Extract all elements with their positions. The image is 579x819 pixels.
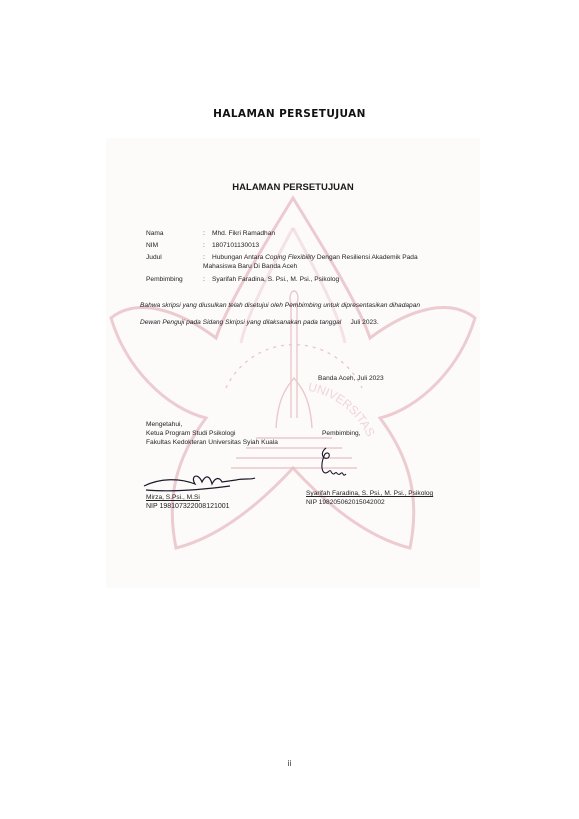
field-value: Hubungan Antara Coping Flexibility Denga… bbox=[212, 254, 418, 261]
field-sep: : bbox=[203, 242, 205, 249]
right-name: Syarifah Faradina, S. Psi., M. Psi., Psi… bbox=[306, 490, 433, 497]
right-title: Pembimbing, bbox=[322, 430, 360, 437]
university-logo-watermark: UNIVERSITAS SYIAH KUALA bbox=[106, 138, 480, 588]
place-date: Banda Aceh, Juli 2023 bbox=[318, 375, 384, 382]
statement-line-1: Bahwa skripsi yang diusulkan telah diset… bbox=[140, 302, 420, 309]
field-value-line2: Mahasiswa Baru Di Banda Aceh bbox=[203, 263, 297, 270]
left-nip: NIP 198107322008121001 bbox=[146, 503, 230, 510]
left-name: Mirza, S.Psi., M.Si bbox=[146, 494, 200, 501]
field-value: 1807101130013 bbox=[212, 242, 259, 249]
right-nip: NIP 198205062015042002 bbox=[306, 499, 385, 506]
left-line-3: Fakultas Kedokteran Universitas Syiah Ku… bbox=[146, 439, 278, 446]
statement-line-2: Dewan Penguji pada Sidang Skripsi yang d… bbox=[140, 319, 379, 326]
field-label: Nama bbox=[146, 230, 198, 237]
field-label: Judul bbox=[146, 254, 198, 261]
left-line-2: Ketua Program Studi Psikologi bbox=[146, 430, 235, 437]
field-label: NIM bbox=[146, 242, 198, 249]
page-heading: HALAMAN PERSETUJUAN bbox=[0, 108, 579, 120]
statement-date: Juli 2023. bbox=[350, 319, 378, 326]
field-sep: : bbox=[203, 276, 205, 283]
field-sep: : bbox=[203, 230, 205, 237]
field-value: Mhd. Fikri Ramadhan bbox=[212, 230, 275, 237]
scanned-approval-sheet: UNIVERSITAS SYIAH KUALA HALAMAN PERSETUJ… bbox=[106, 138, 480, 588]
page-number: ii bbox=[0, 759, 579, 768]
field-label: Pembimbing bbox=[146, 276, 198, 283]
signature-right bbox=[312, 444, 352, 484]
scan-title: HALAMAN PERSETUJUAN bbox=[106, 182, 480, 193]
field-value: Syarifah Faradina, S. Psi., M. Psi., Psi… bbox=[212, 276, 339, 283]
field-sep: : bbox=[203, 254, 205, 261]
left-line-1: Mengetahui, bbox=[146, 421, 182, 428]
